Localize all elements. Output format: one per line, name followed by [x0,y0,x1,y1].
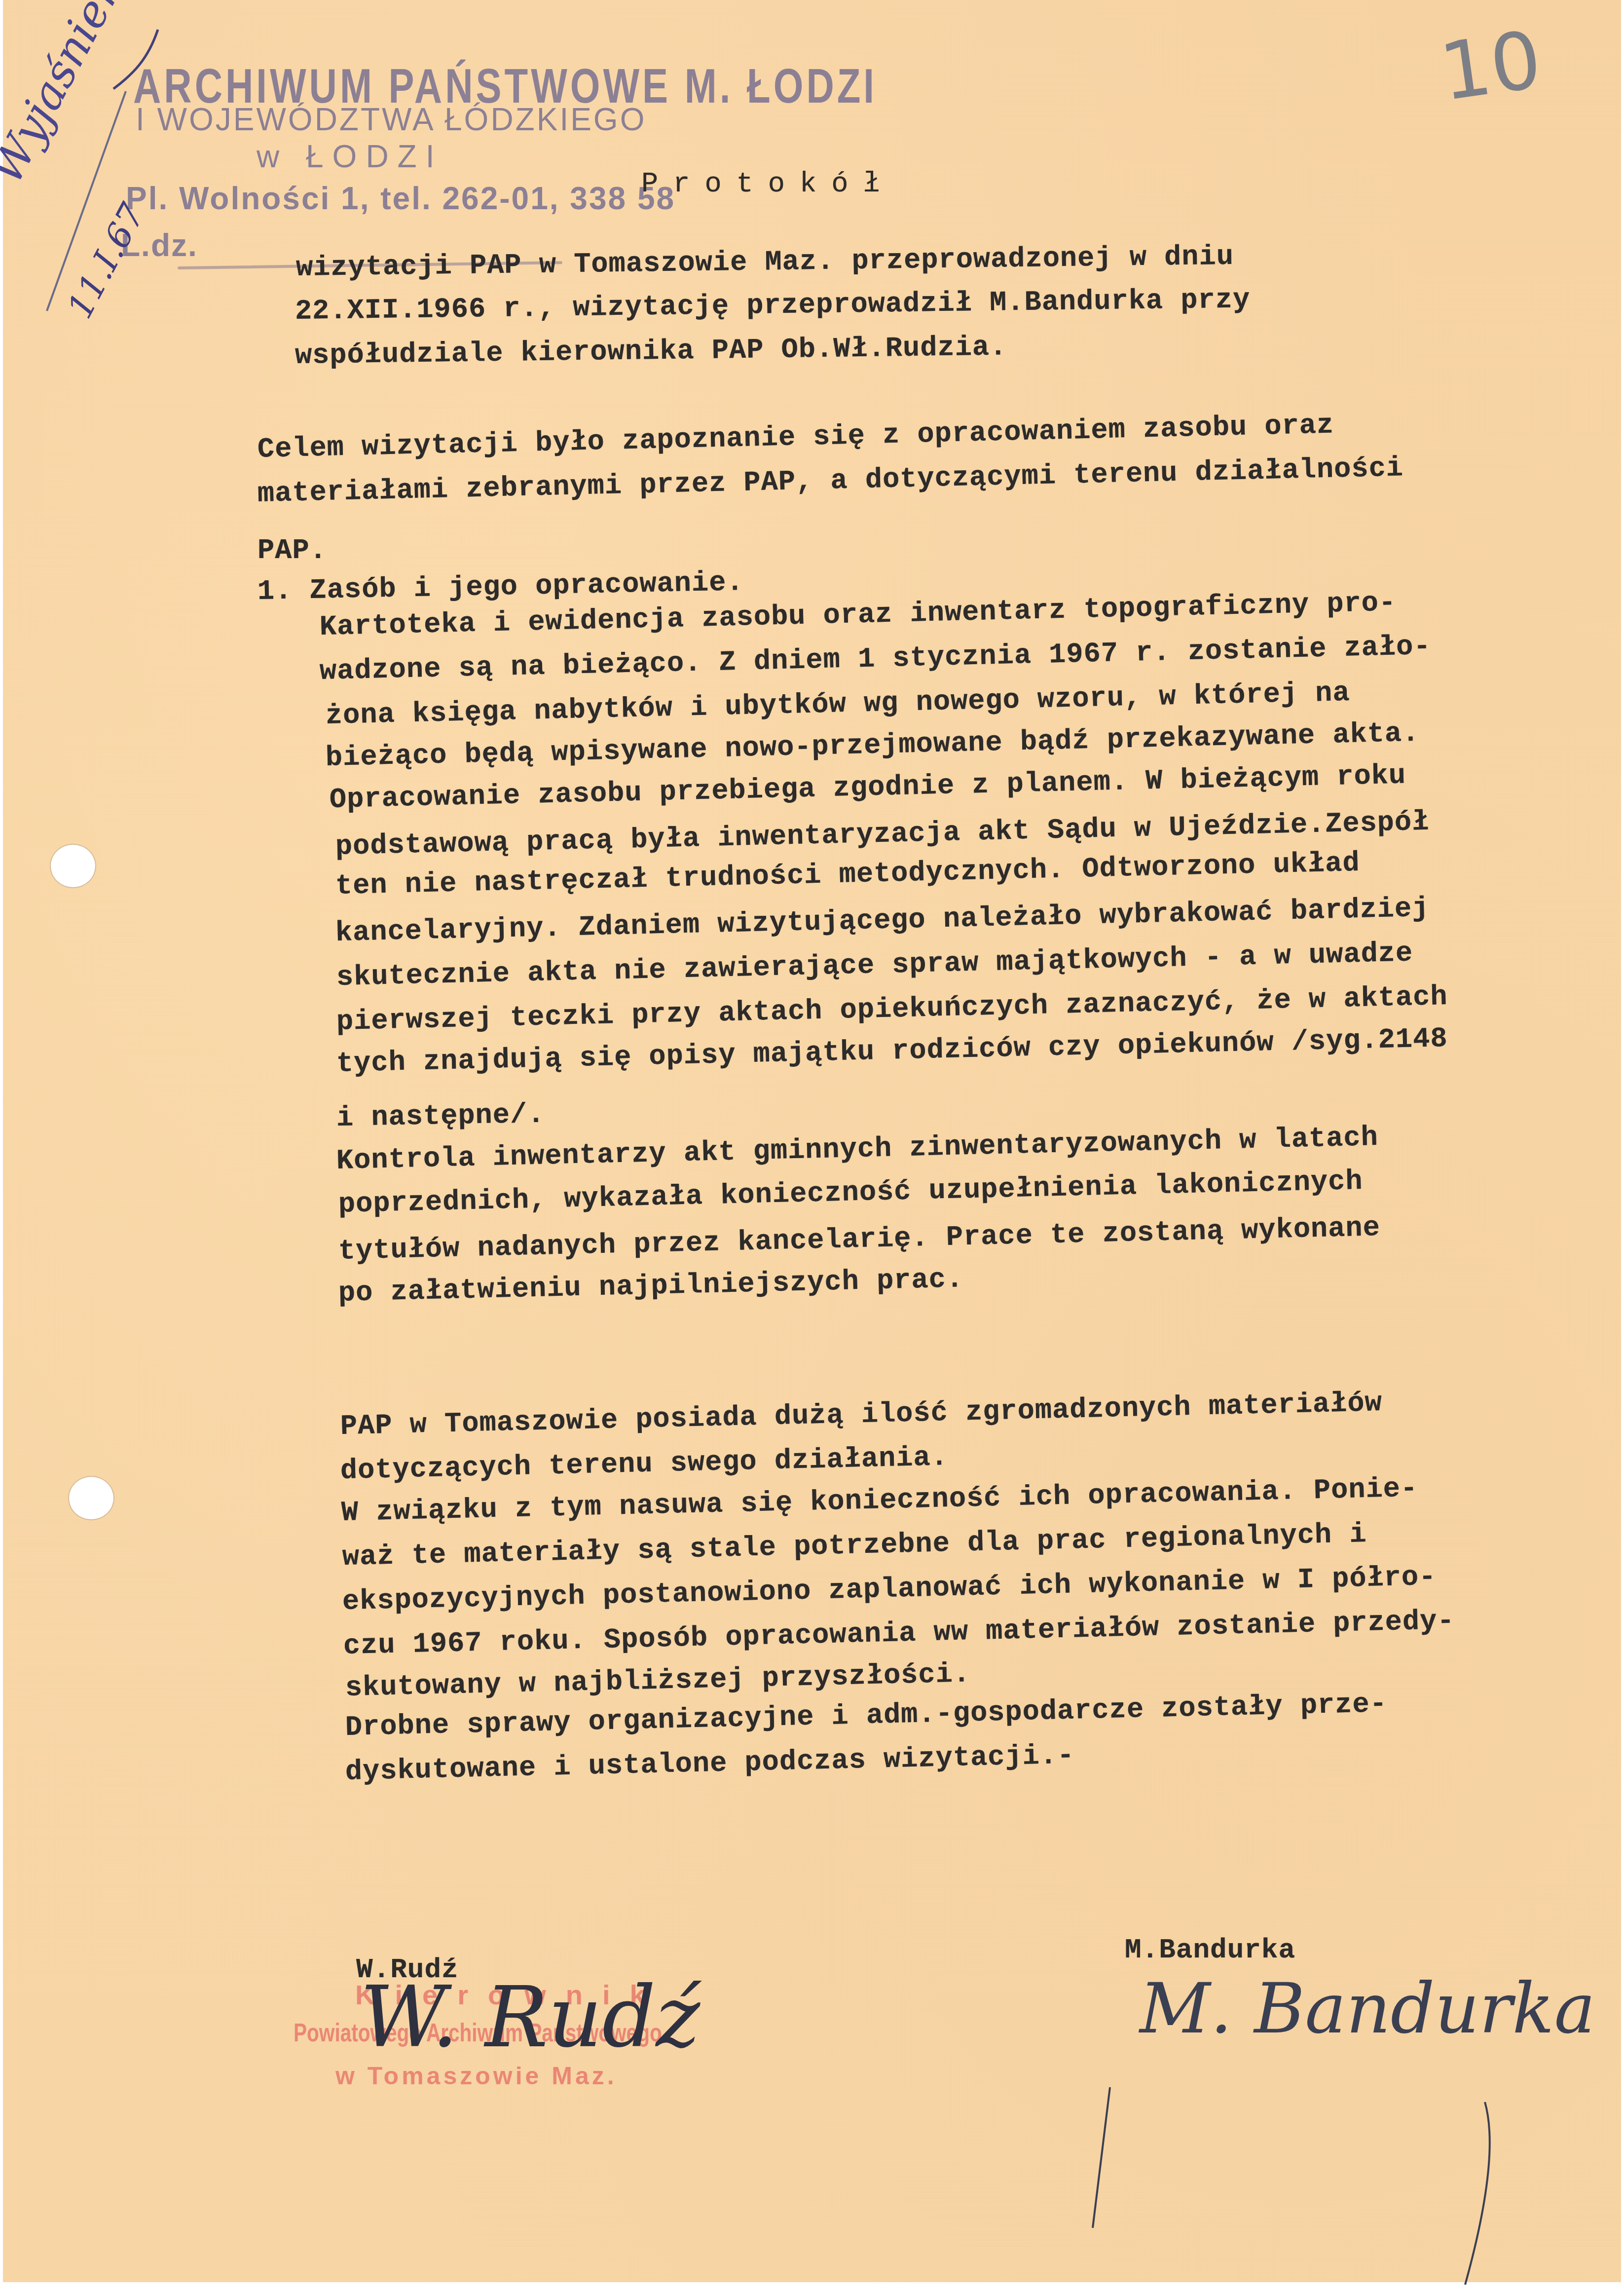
stamp-line-voivodeship: I WOJEWÓDZTWA ŁÓDZKIEGO [136,101,646,138]
punch-hole-bottom [69,1477,113,1519]
stamp-line-city: w ŁODZI [257,138,443,175]
document-title: Protokół [641,169,895,200]
margin-note-stroke [0,0,197,345]
page-number: 10 [1435,13,1547,119]
stamp-line-address: Pl. Wolności 1, tel. 262-01, 338 58 [126,180,675,217]
signature-left: W. Rudź [360,1969,700,2067]
text-line: i następne/. [336,1099,545,1134]
punch-hole-top [51,845,95,887]
text-line: PAP. [258,535,327,567]
signature-right-tail [1061,1900,1554,2293]
